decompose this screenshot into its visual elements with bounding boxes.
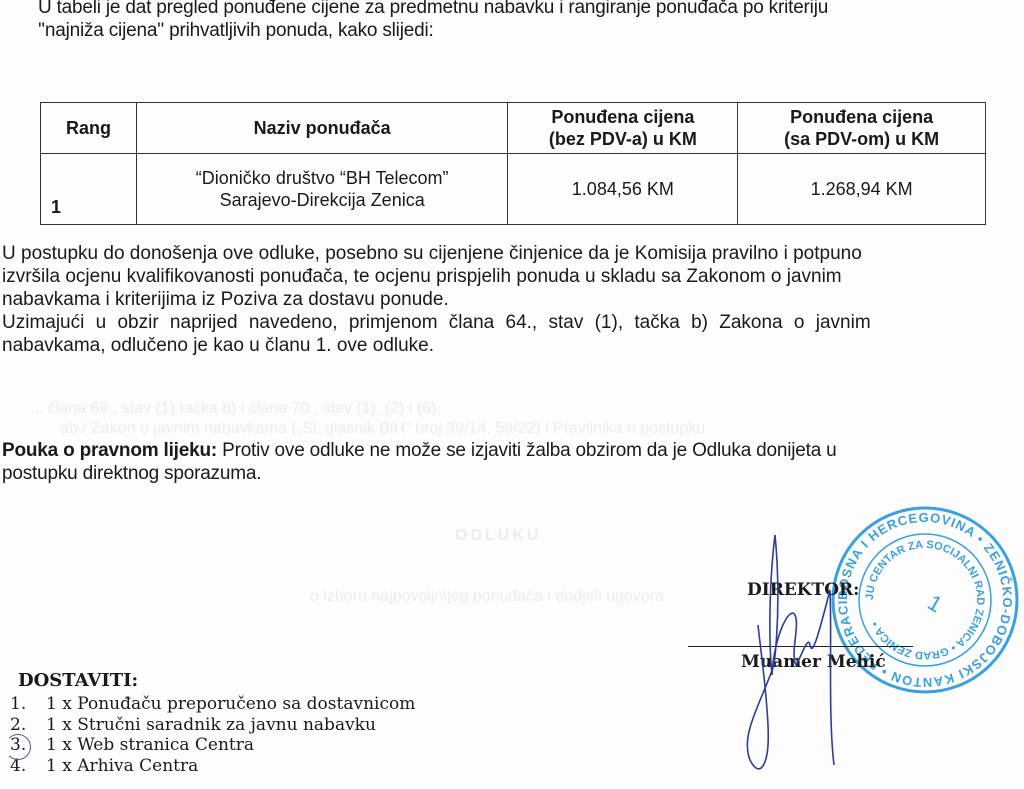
intro-line-1: U tabeli je dat pregled ponuđene cijene … [38, 0, 828, 19]
list-item: 1.1 x Ponuđaču preporučeno sa dostavnico… [10, 694, 415, 715]
header-price-no-vat: Ponuđena cijena(bez PDV-a) u KM [508, 103, 738, 154]
legal-remedy-label: Pouka o pravnom lijeku: [2, 440, 217, 461]
handwritten-circle-mark-icon [5, 734, 31, 760]
header-bidder-name: Naziv ponuđača [136, 103, 508, 154]
table-header-row: Rang Naziv ponuđača Ponuđena cijena(bez … [41, 103, 986, 154]
svg-text:1: 1 [924, 590, 947, 618]
list-item: 4.1 x Arhiva Centra [10, 756, 415, 777]
cell-price-with-vat: 1.268,94 KM [738, 154, 986, 225]
header-rank: Rang [41, 103, 137, 154]
intro-line-2: ''najniža cijena'' prihvatljivih ponuda,… [38, 20, 434, 42]
header-price-with-vat: Ponuđena cijena(sa PDV-om) u KM [738, 103, 986, 154]
bleed-through-text: o izboru najpovoljnijeg ponuđača i dodje… [310, 588, 664, 606]
paragraph-1-line-2: izvršila ocjenu kvalifikovanosti ponuđač… [2, 266, 1022, 288]
distribution-title: DOSTAVITI: [18, 670, 138, 691]
paragraph-1-line-3: nabavkama i kriterijima iz Poziva za dos… [2, 289, 1022, 311]
list-item: 3.1 x Web stranica Centra [10, 735, 415, 756]
handwritten-signature-icon [730, 515, 860, 785]
cell-price-no-vat: 1.084,56 KM [508, 154, 738, 225]
distribution-list: 1.1 x Ponuđaču preporučeno sa dostavnico… [10, 694, 415, 776]
ranking-table: Rang Naziv ponuđača Ponuđena cijena(bez … [40, 102, 986, 225]
svg-text:JU CENTAR ZA SOCIJALNI RAD ZEN: JU CENTAR ZA SOCIJALNI RAD ZENICA • GRAD… [864, 539, 986, 661]
bleed-through-text: ... člana 69., stav (1) tačka b) i člana… [30, 400, 441, 418]
bleed-through-text: ab./ Zakon o javnim nabavkama („Sl. glas… [60, 420, 705, 438]
bleed-through-text: ODLUKU [455, 527, 541, 545]
table-row: 1 “Dioničko društvo “BH Telecom”Sarajevo… [41, 154, 986, 225]
cell-rank: 1 [41, 154, 137, 225]
paragraph-1-line-1: U postupku do donošenja ove odluke, pose… [2, 243, 1022, 265]
paragraph-2-line-1: Uzimajući u obzir naprijed navedeno, pri… [2, 312, 1022, 334]
legal-remedy-line-2: postupku direktnog sporazuma. [2, 463, 261, 485]
legal-remedy-line-1: Pouka o pravnom lijeku: Protiv ove odluk… [2, 440, 837, 462]
paragraph-2-line-2: nabavkama, odlučeno je kao u članu 1. ov… [2, 335, 1022, 357]
cell-bidder-name: “Dioničko društvo “BH Telecom”Sarajevo-D… [136, 154, 508, 225]
list-item: 2.1 x Stručni saradnik za javnu nabavku [10, 715, 415, 736]
